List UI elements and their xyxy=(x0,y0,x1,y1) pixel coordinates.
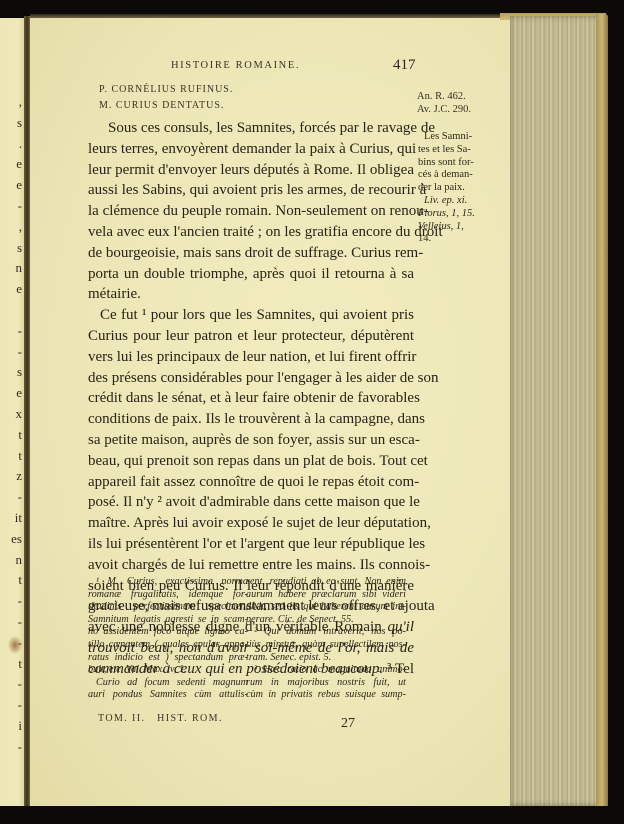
text-line: sa petite maison, auprès de son foyer, a… xyxy=(88,430,414,451)
text-line: crédit dans le sénat, et à leur faire ob… xyxy=(88,388,414,409)
page-stack-edges xyxy=(510,16,606,806)
footnote-line: dixit, sed iis qui haberent aurum im- xyxy=(246,601,406,614)
facing-page-char: . xyxy=(6,134,22,155)
consul-1: P. CORNÉLIUS RUFINUS. xyxy=(99,84,233,95)
facing-page-char: t xyxy=(6,425,22,446)
facing-page-char: - xyxy=(6,321,22,342)
facing-page-char: x xyxy=(6,404,22,425)
text-line: vers lui les principaux de leur nation, … xyxy=(88,347,414,368)
facing-page-char: i xyxy=(6,716,22,737)
facing-page-char: - xyxy=(6,591,22,612)
facing-page-char xyxy=(6,300,22,321)
signature-number: 27 xyxy=(341,716,355,732)
footnote-line: cùm in privatis rebus suisque sump- xyxy=(246,689,406,702)
facing-page-char: s xyxy=(6,113,22,134)
footnote-line: Samnitum legatis agresti se in scam- xyxy=(88,614,248,627)
facing-page-char: - xyxy=(6,487,22,508)
footnote-line: sent, repudiati ab eo sunt. Non enim xyxy=(246,576,406,589)
margin-ref: Liv. ep. xi. xyxy=(418,195,508,208)
facing-page-char: , xyxy=(6,92,22,113)
text-line: leurs terres, envoyèrent demander la pai… xyxy=(88,139,414,160)
text-line: de bourgeoisie, mais sans droit de suffr… xyxy=(88,243,414,264)
text-line: Ce fut ¹ pour lors que les Samnites, qui… xyxy=(88,305,414,326)
footnote-line: tillo cœnantem ( quales epulas appa- xyxy=(88,639,248,652)
footnote-line: buit, etc. Val. Max. iv, 1. xyxy=(88,664,248,677)
footnotes-left-column: ¹ M. Curius, exactissima norma romanæ fr… xyxy=(88,576,248,702)
facing-page-char: - xyxy=(6,342,22,363)
facing-page-char: n xyxy=(6,258,22,279)
margin-summary-line: cés à deman- xyxy=(418,169,508,182)
text-line: aussi les Sabins, qui avoient pris les a… xyxy=(88,180,414,201)
facing-page-char: n xyxy=(6,550,22,571)
running-head: HISTOIRE ROMAINE. xyxy=(171,60,300,71)
facing-page-char: es xyxy=(6,529,22,550)
text-line: appareil fait assez connoître de quoi le… xyxy=(88,472,414,493)
footnote-line: ¹ M. Curius, exactissima norma xyxy=(88,576,248,589)
facing-page-char: t xyxy=(6,654,22,675)
year-ab-urbe: An. R. 462. xyxy=(417,91,466,102)
facing-page-char: e xyxy=(6,175,22,196)
facing-page-char: - xyxy=(6,695,22,716)
margin-ref: Velleius, 1, xyxy=(418,221,508,234)
margin-summary-line: Les Samni- xyxy=(418,131,508,144)
year-before-christ: Av. J.C. 290. xyxy=(417,104,471,115)
margin-summary-line: bins sont for- xyxy=(418,157,508,170)
margin-note: Les Samni- tes et les Sa- bins sont for-… xyxy=(418,131,508,246)
consul-2: M. CURIUS DENTATUS. xyxy=(99,100,224,111)
footnote-line: ² Qui domum intraverit, nos po- xyxy=(246,626,406,639)
footnote-line: Curio ad focum sedenti magnum xyxy=(88,677,248,690)
footnote-line: romanæ frugalitatis, idemque for- xyxy=(88,589,248,602)
text-line: des présens considérables pour l'engager… xyxy=(88,368,414,389)
facing-page-char: - xyxy=(6,674,22,695)
facing-page-char: s xyxy=(6,362,22,383)
background-bottom xyxy=(30,806,610,824)
text-line: conditions de paix. Ils le trouvèrent à … xyxy=(88,409,414,430)
facing-page-char: , xyxy=(6,217,22,238)
text-line: métairie. xyxy=(88,284,414,305)
margin-summary-line: der la paix. xyxy=(418,182,508,195)
facing-page-char: - xyxy=(6,737,22,758)
facing-page-edge: ,s.ee-,sne--sexttz-itesnt---t--i- xyxy=(0,18,26,806)
facing-page-char: e xyxy=(6,383,22,404)
facing-page-char: e xyxy=(6,154,22,175)
paper-stain xyxy=(8,636,22,654)
facing-page-char: t xyxy=(6,570,22,591)
footnote-line: tram. Senec. epist. 5. xyxy=(246,652,406,665)
text-line: porta un double triomphe, après quoi il … xyxy=(88,264,414,285)
text-line: posé. Il n'y ² avoit d'admirable dans ce… xyxy=(88,492,414,513)
text-line: Sous ces consuls, les Samnites, forcés p… xyxy=(88,118,414,139)
text-line: maître. Après lui avoir exposé le sujet … xyxy=(88,513,414,534)
facing-page-char: it xyxy=(6,508,22,529)
text-line: la clémence du peuple romain. Non-seulem… xyxy=(88,201,414,222)
page-number: 417 xyxy=(393,57,416,74)
facing-page-char: - xyxy=(6,612,22,633)
footnote-line: no assidentem foco atque ligneo ca- xyxy=(88,626,248,639)
text-line: ils lui présentèrent l'or et l'argent qu… xyxy=(88,534,414,555)
book-cover-edge xyxy=(596,14,608,808)
signature-mark: TOM. II. HIST. ROM. xyxy=(98,713,223,724)
footnote-line: perare. Cic. de Senect. 55. xyxy=(246,614,406,627)
text-line: beau, qui prenoit son repas dans un plat… xyxy=(88,451,414,472)
footnote-line: tiùs miretur, quàm supellectilem nos- xyxy=(246,639,406,652)
text-line: leur permit d'envoyer leurs députés à Ro… xyxy=(88,160,414,181)
footnote-line: ³ Hæc ratio ac magnitudo animo- xyxy=(246,664,406,677)
footnote-line: titudinis perfectissimum specimen, xyxy=(88,601,248,614)
text-line: vela avec eux l'ancien traité ; on les g… xyxy=(88,222,414,243)
facing-page-char: e xyxy=(6,279,22,300)
facing-page-line-ends: ,s.ee-,sne--sexttz-itesnt---t--i- xyxy=(6,92,22,758)
margin-summary-line: tes et les Sa- xyxy=(418,144,508,157)
text-line: Curius pour leur patron et leur protecte… xyxy=(88,326,414,347)
footnote-line: rum in majoribus nostris fuit, ut xyxy=(246,677,406,690)
text-line: avoit chargés de lui remettre entre les … xyxy=(88,555,414,576)
footnote-line: aurum habere præclarum sibi videri xyxy=(246,589,406,602)
facing-page-char: - xyxy=(6,196,22,217)
facing-page-char: z xyxy=(6,466,22,487)
footnote-line: auri pondus Samnites cùm attulis- xyxy=(88,689,248,702)
footnote-line: ratus indicio est ) spectandum præ- xyxy=(88,652,248,665)
facing-page-char: s xyxy=(6,238,22,259)
facing-page-char: t xyxy=(6,446,22,467)
footnotes-right-column: sent, repudiati ab eo sunt. Non enim aur… xyxy=(246,576,406,702)
margin-ref: 14. xyxy=(418,233,508,246)
margin-ref: Florus, 1, 15. xyxy=(418,208,508,221)
